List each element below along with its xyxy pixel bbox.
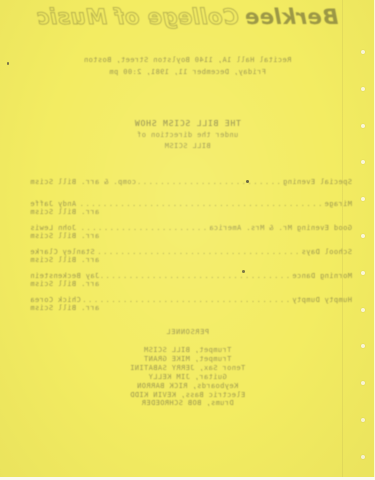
scanned-program-page: BerkleeCollege of Music Recital Hall 1A,… — [0, 0, 375, 480]
piece-title: Morning Dance — [292, 272, 352, 280]
piece-credit: Stanley Clarke — [30, 248, 95, 256]
piece-arranger: arr. Bill Scism — [30, 280, 352, 288]
piece-credit: Chick Corea — [30, 296, 81, 304]
piece-title: School Days — [301, 248, 352, 256]
direction-line: under the direction of — [0, 131, 375, 139]
perforation-hole — [361, 271, 365, 275]
piece-title: Good Evening Mr. & Mrs. America — [209, 224, 352, 232]
program-entry: Special Evening ........................… — [30, 178, 352, 186]
program-entry: Humpty Dumpty ..........................… — [30, 296, 352, 312]
personnel-member: Keyboards, RICK BARRON — [0, 382, 375, 390]
piece-title: Mirage — [324, 200, 352, 208]
mirrored-showthrough-content: BerkleeCollege of Music Recital Hall 1A,… — [0, 0, 375, 480]
venue-block: Recital Hall 1A, 1140 Boylston Street, B… — [0, 56, 375, 80]
personnel-member: Tenor Sax, JERRY SABATINI — [0, 364, 375, 372]
piece-credit: Jay Beckenstein — [30, 272, 99, 280]
perforation-hole — [361, 87, 365, 91]
dot-leader: ........................................… — [101, 272, 290, 280]
personnel-member: Trumpet, MIKE GRANT — [0, 355, 375, 363]
personnel-member: Trumpet, BILL SCISM — [0, 346, 375, 354]
personnel-heading: PERSONNEL — [0, 328, 375, 336]
dot-leader: ........................................… — [83, 296, 290, 304]
dot-leader: ........................................… — [78, 224, 207, 232]
dot-leader: ........................................… — [78, 200, 322, 208]
ink-speck — [242, 270, 245, 273]
venue-datetime: Friday, December 11, 1981, 2:00 pm — [0, 68, 375, 76]
program-entry: Morning Dance ..........................… — [30, 272, 352, 288]
personnel-member: Guitar, JIM KELLY — [0, 373, 375, 381]
piece-credit: Andy Jaffe — [30, 200, 76, 208]
director-name: BILL SCISM — [0, 142, 375, 150]
personnel-member: Drums, BOB SCHROEDER — [0, 399, 375, 407]
ink-speck — [246, 180, 249, 183]
venue-address: Recital Hall 1A, 1140 Boylston Street, B… — [0, 56, 375, 64]
program-entry: Good Evening Mr. & Mrs. America ........… — [30, 224, 352, 240]
dot-leader: ........................................… — [138, 178, 281, 186]
title-block: THE BILL SCISM SHOW under the direction … — [0, 120, 375, 153]
dot-leader: ........................................… — [97, 248, 300, 256]
perforation-hole — [361, 124, 365, 128]
personnel-block: PERSONNEL Trumpet, BILL SCISM Trumpet, M… — [0, 328, 375, 408]
logo-wordmark-college-of-music: College of Music — [37, 5, 239, 29]
piece-credit: John Lewis — [30, 224, 76, 232]
perforation-hole — [361, 234, 365, 238]
perforation-crease — [342, 0, 343, 480]
piece-arranger: arr. Bill Scism — [30, 208, 352, 216]
piece-credit: comp. & arr. Bill Scism — [30, 178, 136, 186]
perforation-hole — [361, 308, 365, 312]
piece-title: Humpty Dumpty — [292, 296, 352, 304]
logo-wordmark-berklee: Berklee — [245, 5, 339, 29]
show-title: THE BILL SCISM SHOW — [0, 120, 375, 128]
program-entry: School Days ............................… — [30, 248, 352, 264]
berklee-logo: BerkleeCollege of Music — [0, 5, 375, 29]
perforation-hole — [361, 418, 365, 422]
program-list: Special Evening ........................… — [30, 178, 352, 320]
personnel-member: Electric Bass, KEVIN KIDD — [0, 391, 375, 399]
piece-arranger: arr. Bill Scism — [30, 304, 352, 312]
program-entry: Mirage .................................… — [30, 200, 352, 216]
perforation-hole — [361, 50, 365, 54]
ink-speck — [7, 62, 9, 65]
piece-arranger: arr. Bill Scism — [30, 232, 352, 240]
piece-arranger: arr. Bill Scism — [30, 256, 352, 264]
perforation-hole — [361, 455, 365, 459]
